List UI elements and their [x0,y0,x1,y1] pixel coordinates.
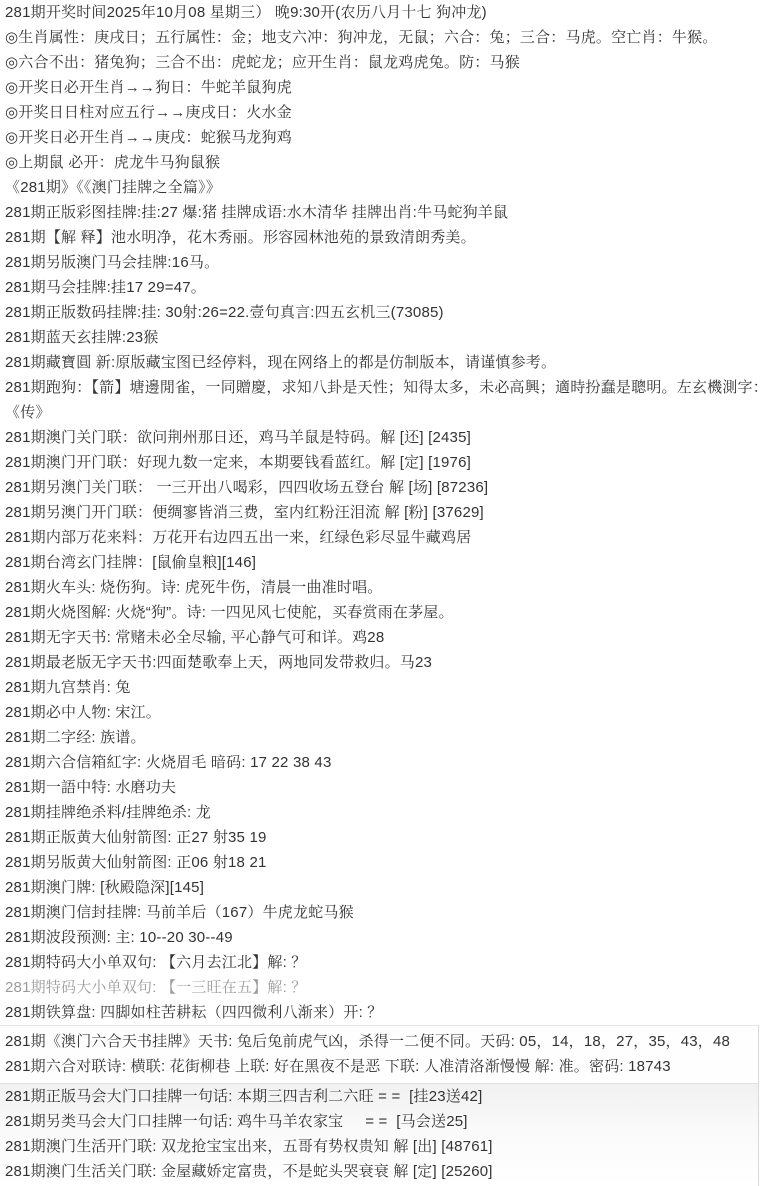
text-line: 281期内部万花来料：万花开右边四五出一来，红绿色彩尽显牛藏鸡居 [0,525,763,550]
text-line: 281期台湾玄门挂牌：[鼠偷皇粮][146] [0,550,763,575]
lottery-tips-page: 281期开奖时间2025年10月08 星期三） 晚9:30开(农历八月十七 狗冲… [0,0,763,1186]
text-line: 281期九宫禁肖: 兔 [0,675,763,700]
text-line: 281期澳门牌: [秋殿隐深][145] [0,875,763,900]
text-line: 281期【解 释】池水明净，花木秀丽。形容园林池苑的景致清朗秀美。 [0,225,763,250]
text-line: 281期六合对联诗: 横联: 花街柳巷 上联: 好在黑夜不是恶 下联: 人准清洛… [0,1054,758,1079]
main-text-block: 281期开奖时间2025年10月08 星期三） 晚9:30开(农历八月十七 狗冲… [0,0,763,1025]
text-line: 281期另澳门关门联： 一三开出八喝彩，四四收场五登台 解 [场] [87236… [0,475,763,500]
text-line: 281期挂牌绝杀料/挂牌绝杀: 龙 [0,800,763,825]
text-line: 281期另版澳门马会挂牌:16马。 [0,250,763,275]
text-line: 281期正版马会大门口挂牌一句话: 本期三四吉利二六旺 = = [挂23送42] [0,1084,758,1109]
text-line: 281期澳门关门联：欲问荆州那日还，鸡马羊鼠是特码。解 [还] [2435] [0,425,763,450]
text-line: 281期正版数码挂牌:挂: 30射:26=22.壹句真言:四五玄机三(73085… [0,300,763,325]
text-line: 281期铁算盘: 四脚如柱苦耕耘（四四微利八渐来）开: ？ [0,1000,763,1025]
text-line: 281期《澳门六合天书挂牌》天书: 兔后兔前虎气凶，杀得一二便不同。天码: 05… [0,1029,758,1054]
text-line: 281期藏寶圓 新:原版藏宝图已经停料，现在网络上的都是仿制版本，请谨慎参考。 [0,350,763,375]
text-line: 281期二字经: 族谱。 [0,725,763,750]
text-line: 281期另澳门开门联：便绸寥皆消三费，室内红粉汪泪流 解 [粉] [37629] [0,500,763,525]
text-line: 281期正版彩图挂牌:挂:27 爆:猪 挂牌成语:水木清华 挂牌出肖:牛马蛇狗羊… [0,200,763,225]
highlight-box-a: 281期《澳门六合天书挂牌》天书: 兔后兔前虎气凶，杀得一二便不同。天码: 05… [0,1025,759,1083]
text-line: 281期一語中特: 水磨功夫 [0,775,763,800]
text-line: ◎开奖日必开生肖→→狗日：牛蛇羊鼠狗虎 [0,75,763,100]
text-line: 281期另版黄大仙射箭图: 正06 射18 21 [0,850,763,875]
text-line: 281期火车头: 烧伤狗。诗: 虎死牛伤，清晨一曲准时唱。 [0,575,763,600]
text-line: 281期特码大小单双句: 【一三旺在五】解: ？ [0,975,763,1000]
text-line: 281期澳门生活开门联: 双龙抢宝宝出来，五哥有势权贵知 解 [出] [4876… [0,1134,758,1159]
text-line: 281期六合信箱紅字: 火烧眉毛 暗码: 17 22 38 43 [0,750,763,775]
text-line: 281期澳门生活关门联: 金屋藏娇定富贵，不是蛇头哭衰衰 解 [定] [2526… [0,1159,758,1184]
text-line: 281期跑狗：【箭】塘邊閒雀，一同贈慶，求知八卦是天性；知得太多，未必高興；適時… [0,375,763,400]
text-line: 281期开奖时间2025年10月08 星期三） 晚9:30开(农历八月十七 狗冲… [0,0,763,25]
text-line: ◎上期鼠 必开：虎龙牛马狗鼠猴 [0,150,763,175]
text-line: 281期澳门开门联：好现九数一定来，本期要钱看蓝红。解 [定] [1976] [0,450,763,475]
highlight-box-b: 281期正版马会大门口挂牌一句话: 本期三四吉利二六旺 = = [挂23送42]… [0,1083,759,1186]
text-line: ◎开奖日必开生肖→→庚戌：蛇猴马龙狗鸡 [0,125,763,150]
text-line: ◎六合不出：猪兔狗；三合不出：虎蛇龙；应开生肖：鼠龙鸡虎兔。防：马猴 [0,50,763,75]
text-line: 281期马会挂牌:挂17 29=47。 [0,275,763,300]
text-line: 281期必中人物: 宋江。 [0,700,763,725]
text-line: 281期正版黄大仙射箭图: 正27 射35 19 [0,825,763,850]
text-line: 281期火烧图解: 火烧“狗”。诗: 一四见风七使舵，买春赏雨在茅屋。 [0,600,763,625]
text-line: 281期无字天书: 常赌未必全尽输, 平心静气可和详。鸡28 [0,625,763,650]
text-line: 《281期》《《澳门挂牌之全篇》》 [0,175,763,200]
text-line: ◎生肖属性：庚戌日；五行属性：金；地支六冲：狗冲龙，无鼠；六合：兔；三合：马虎。… [0,25,763,50]
text-line: 《传》 [0,400,763,425]
text-line: 281期最老版无字天书:四面楚歌奉上天，两地同发带救归。马23 [0,650,763,675]
text-line: ◎开奖日日柱对应五行→→庚戌日：火水金 [0,100,763,125]
text-line: 281期特码大小单双句: 【六月去江北】解: ？ [0,950,763,975]
text-line: 281期波段预测: 主: 10--20 30--49 [0,925,763,950]
text-line: 281期澳门信封挂牌: 马前羊后（167）牛虎龙蛇马猴 [0,900,763,925]
text-line: 281期蓝天玄挂牌:23猴 [0,325,763,350]
text-line: 281期另类马会大门口挂牌一句话: 鸡牛马羊农家宝 = = [马会送25] [0,1109,758,1134]
